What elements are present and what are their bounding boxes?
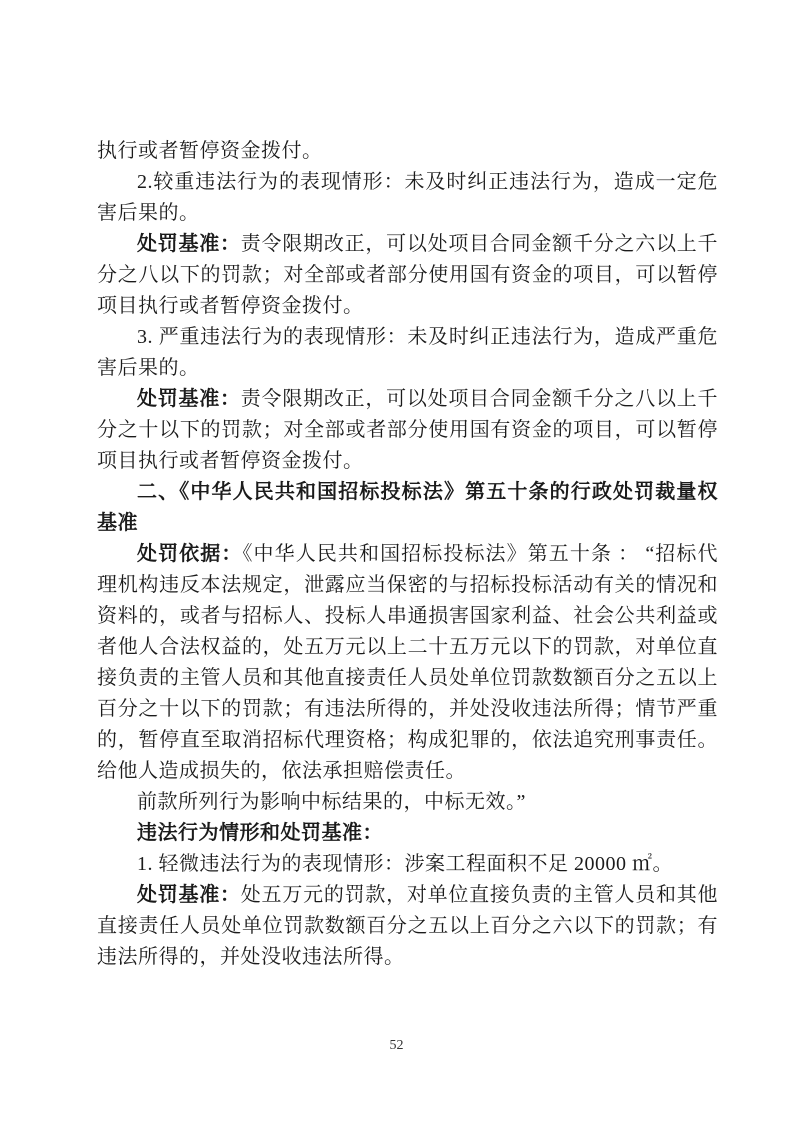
section-heading: 违法行为情形和处罚基准：	[97, 818, 718, 849]
paragraph-text: 1. 轻微违法行为的表现情形：涉案工程面积不足 20000 ㎡。	[137, 853, 673, 875]
paragraph: 处罚依据：《中华人民共和国招标投标法》第五十条 ： “招标代理机构违反本法规定，…	[97, 539, 718, 787]
paragraph-lead: 处罚基准：	[137, 233, 241, 255]
paragraph: 3. 严重违法行为的表现情形：未及时纠正违法行为，造成严重危害后果的。	[97, 322, 718, 384]
document-body: 执行或者暂停资金拨付。2.较重违法行为的表现情形：未及时纠正违法行为，造成一定危…	[97, 136, 718, 973]
paragraph-lead: 处罚依据：	[137, 543, 242, 565]
paragraph-text: 2.较重违法行为的表现情形：未及时纠正违法行为，造成一定危害后果的。	[97, 171, 718, 224]
paragraph-text: 违法行为情形和处罚基准：	[137, 822, 383, 844]
paragraph-text: 执行或者暂停资金拨付。	[97, 140, 323, 162]
paragraph: 处罚基准：责令限期改正，可以处项目合同金额千分之六以上千分之八以下的罚款；对全部…	[97, 229, 718, 322]
paragraph: 2.较重违法行为的表现情形：未及时纠正违法行为，造成一定危害后果的。	[97, 167, 718, 229]
paragraph: 处罚基准：处五万元的罚款，对单位直接负责的主管人员和其他直接责任人员处单位罚款数…	[97, 880, 718, 973]
document-page: 执行或者暂停资金拨付。2.较重违法行为的表现情形：未及时纠正违法行为，造成一定危…	[0, 0, 793, 1122]
paragraph-lead: 处罚基准：	[137, 388, 241, 410]
paragraph: 处罚基准：责令限期改正，可以处项目合同金额千分之八以上千分之十以下的罚款；对全部…	[97, 384, 718, 477]
paragraph-text: 二、《中华人民共和国招标投标法》第五十条的行政处罚裁量权基准	[97, 481, 718, 534]
paragraph-lead: 处罚基准：	[137, 884, 241, 906]
page-number: 52	[0, 1038, 793, 1054]
paragraph-text: 前款所列行为影响中标结果的，中标无效。”	[137, 791, 526, 813]
section-heading: 二、《中华人民共和国招标投标法》第五十条的行政处罚裁量权基准	[97, 477, 718, 539]
paragraph: 执行或者暂停资金拨付。	[97, 136, 718, 167]
paragraph-text: 3. 严重违法行为的表现情形：未及时纠正违法行为，造成严重危害后果的。	[97, 326, 718, 379]
paragraph: 前款所列行为影响中标结果的，中标无效。”	[97, 787, 718, 818]
paragraph-text: 《中华人民共和国招标投标法》第五十条 ： “招标代理机构违反本法规定，泄露应当保…	[97, 543, 718, 782]
paragraph: 1. 轻微违法行为的表现情形：涉案工程面积不足 20000 ㎡。	[97, 849, 718, 880]
